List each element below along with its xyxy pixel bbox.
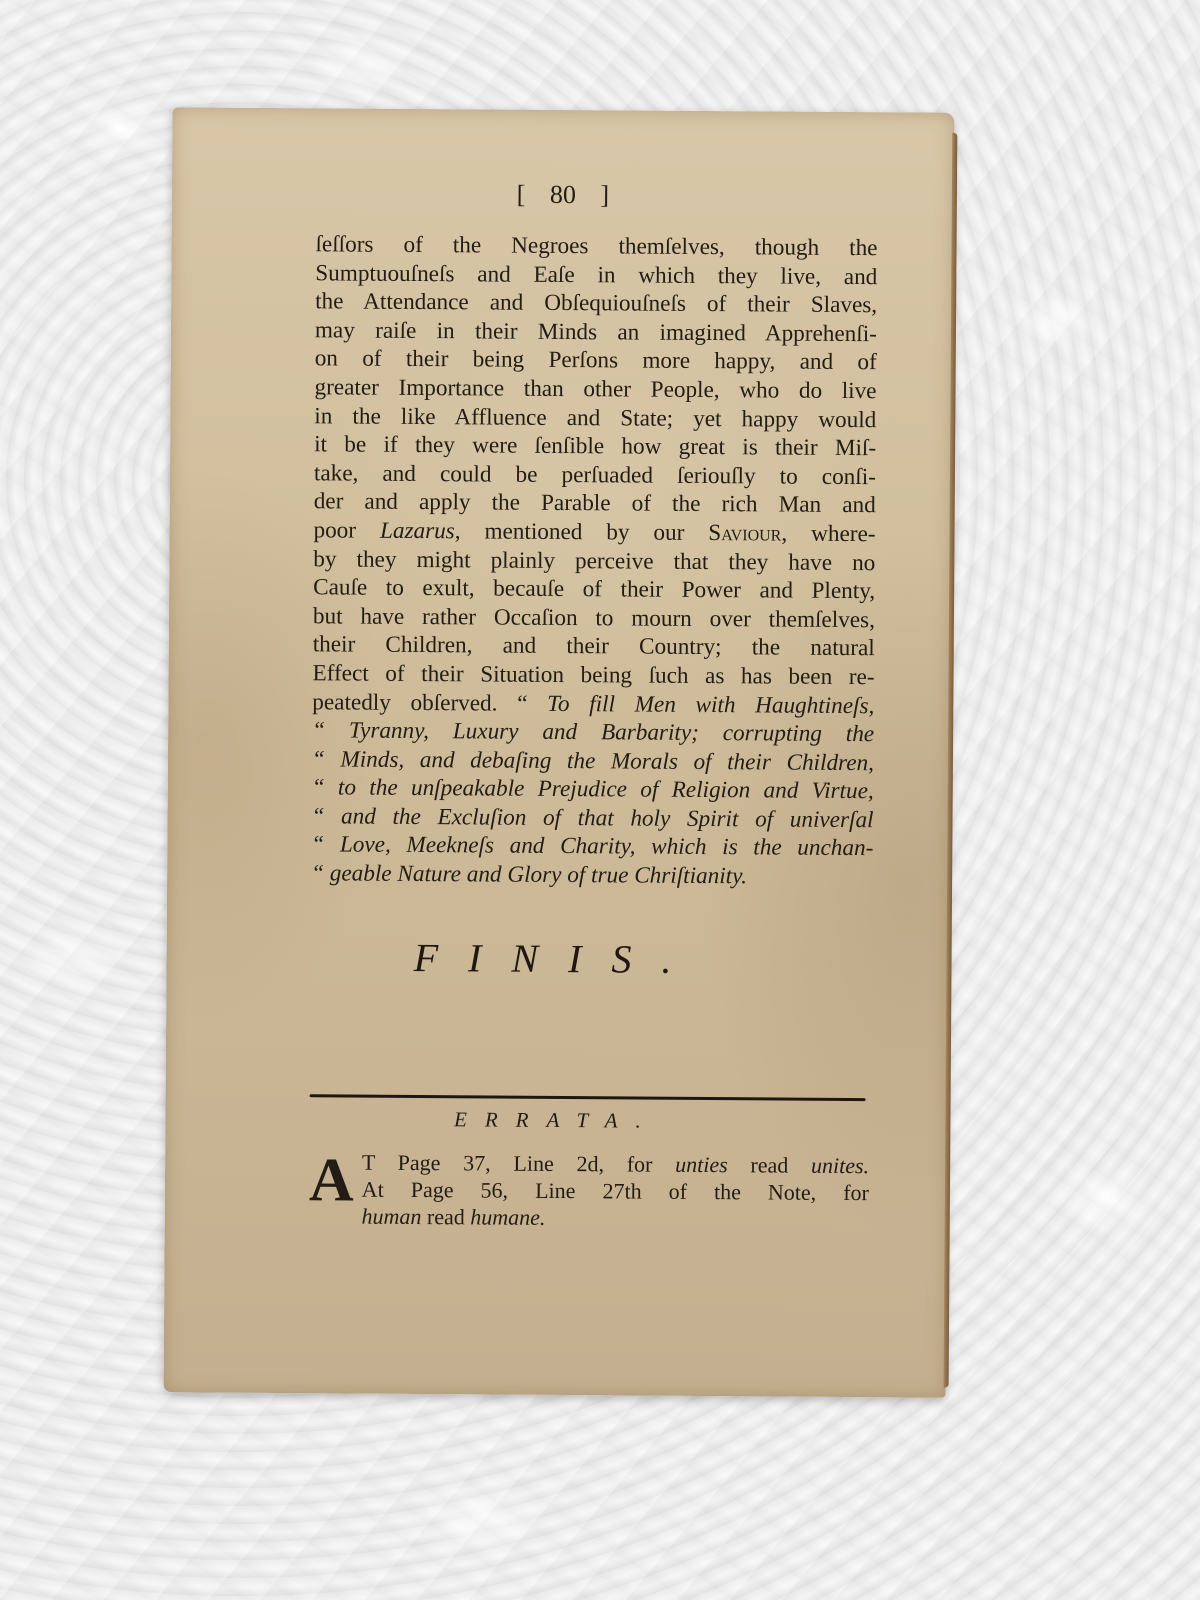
body-line: the Attendance and Obſequiouſneſs of the… <box>315 287 877 320</box>
italic-lazarus: Lazarus <box>380 518 455 545</box>
body-line: but have rather Occaſion to mourn over t… <box>313 602 875 635</box>
quote-line: “ to the unſpeakable Prejudice of Religi… <box>312 774 874 807</box>
body-line-lazarus: poor Lazarus, mentioned by our Saviour, … <box>313 516 875 549</box>
body-line: Sumptuouſneſs and Eaſe in which they liv… <box>315 259 877 292</box>
body-text: ſeſſors of the Negroes themſelves, thoug… <box>311 230 878 892</box>
finis-heading: FINIS. <box>166 932 948 984</box>
errata-line-3: human read humane. <box>309 1202 869 1233</box>
text-run: read <box>421 1204 470 1229</box>
body-line-observed: peatedly obſerved. “ To fill Men with Ha… <box>312 688 874 721</box>
quote-line: “ and the Excluſion of that holy Spirit … <box>311 802 873 835</box>
text-run: poor <box>313 517 380 543</box>
text-run: , where- <box>781 520 875 547</box>
errata-body: A T Page 37, Line 2d, for unties read un… <box>309 1148 870 1233</box>
drop-cap: A <box>309 1154 354 1206</box>
quote-line: “ geable Nature and Glory of true Chriſt… <box>311 859 873 892</box>
text-run: , mentioned by our <box>455 518 709 546</box>
page-number: [ 80 ] <box>172 177 954 212</box>
body-line: may raiſe in their Minds an imagined App… <box>315 316 877 349</box>
body-line: their Children, and their Country; the n… <box>313 631 875 664</box>
body-line: ſeſſors of the Negroes themſelves, thoug… <box>315 230 877 263</box>
body-line: take, and could be perſuaded ſeriouſly t… <box>314 459 876 492</box>
errata-line-1: T Page 37, Line 2d, for unties read unit… <box>309 1148 869 1179</box>
smallcaps-saviour: Saviour <box>708 520 781 547</box>
horizontal-rule <box>310 1094 866 1101</box>
body-line: it be if they were ſenſible how great is… <box>314 430 876 463</box>
body-line: on of their being Perſons more happy, an… <box>315 345 877 378</box>
italic-word: unites. <box>811 1153 869 1178</box>
italic-quote-start: To fill Men with Haughtineſs, <box>547 690 874 718</box>
quote-line: “ Love, Meekneſs and Charity, which is t… <box>311 831 873 864</box>
italic-word: humane. <box>470 1204 545 1230</box>
italic-word: human <box>361 1204 421 1229</box>
quote-line: “ Minds, and debaſing the Morals of thei… <box>312 745 874 778</box>
body-line: in the like Affluence and State; yet hap… <box>314 402 876 435</box>
body-line: der and apply the Parable of the rich Ma… <box>314 488 876 521</box>
text-run: peatedly obſerved. “ <box>312 689 547 717</box>
body-line: Effect of their Situation being ſuch as … <box>312 659 874 692</box>
body-line: by they might plainly perceive that they… <box>313 545 875 578</box>
italic-word: unties <box>675 1152 728 1177</box>
errata-heading: ERRATA. <box>165 1105 947 1135</box>
text-run: T Page 37, Line 2d, for <box>362 1150 675 1177</box>
quote-line: “ Tyranny, Luxury and Barbarity; corrupt… <box>312 716 874 749</box>
text-run: read <box>728 1152 812 1178</box>
book-page: [ 80 ] ſeſſors of the Negroes themſelves… <box>164 107 955 1397</box>
errata-line-2: At Page 56, Line 27th of the Note, for <box>309 1175 869 1206</box>
body-line: Cauſe to exult, becauſe of their Power a… <box>313 573 875 606</box>
body-line: greater Importance than other People, wh… <box>314 373 876 406</box>
